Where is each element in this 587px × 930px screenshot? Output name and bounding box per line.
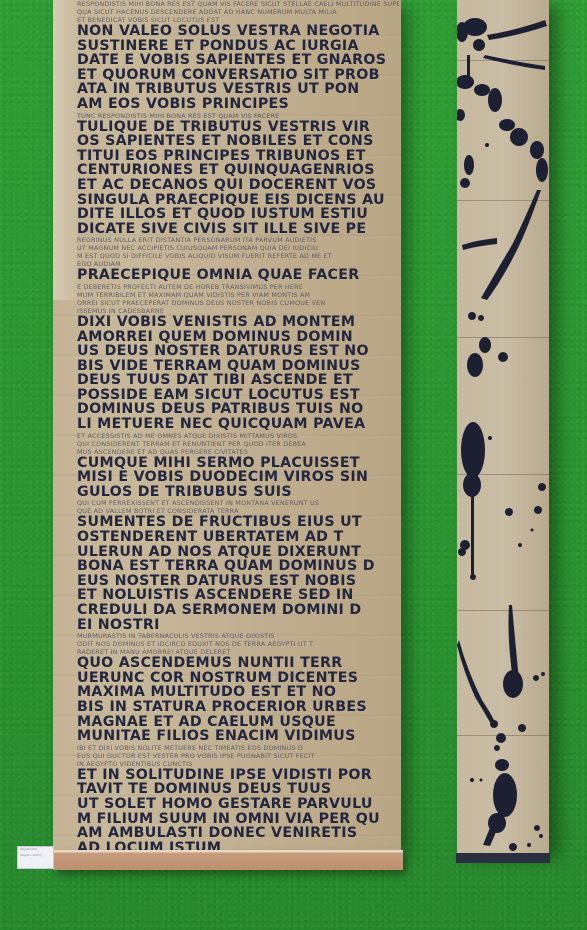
label-caption: (illegible caption)	[18, 853, 53, 859]
calligraphy-subline: TUNC RESPONDISTIS MIHI BONA RES EST QUAM…	[77, 112, 399, 120]
calligraphy-scroll: RESPONDISTIS MIHI BONA RES EST QUAM VIS …	[53, 0, 401, 850]
calligraphy-subline: QUI CONSIDERENT TERRAM ET RENUNTIENT PER…	[77, 440, 399, 448]
calligraphy-subline: E DEBERETIS PROFECTI AUTEM DE HOREB TRAN…	[77, 283, 399, 291]
calligraphy-line: M FILIUM SUUM IN OMNI VIA PER QU	[77, 812, 399, 827]
calligraphy-line: SUMENTES DE FRUCTIBUS EIUS UT	[77, 515, 399, 530]
calligraphy-subline: QUI CUM PERREXISSENT ET ASCENDISSENT IN …	[77, 499, 399, 507]
calligraphy-line: TULIQUE DE TRIBUTUS VESTRIS VIR	[77, 120, 399, 135]
calligraphy-subline: ET BENEDICAT VOBIS SICUT LOCUTUS EST	[77, 16, 399, 24]
scroll-bottom-rod	[456, 853, 550, 863]
calligraphy-line: POSSIDE EAM SICUT LOCUTUS EST	[77, 388, 399, 403]
calligraphy-subline: ET ACCESSISTIS AD ME OMNES ATQUE DIXISTI…	[77, 432, 399, 440]
calligraphy-line: MUNITAE FILIOS ENACIM VIDIMUS	[77, 729, 399, 744]
calligraphy-line: DOMINUS DEUS PATRIBUS TUIS NO	[77, 402, 399, 417]
calligraphy-subline: REGRINUS NULLA ERIT DISTANTIA PERSONARUM…	[77, 236, 399, 244]
calligraphy-line: BIS VIDE TERRAM QUAM DOMINUS	[77, 359, 399, 374]
calligraphy-line: DATE E VOBIS SAPIENTES ET GNAROS	[77, 53, 399, 68]
calligraphy-subline: UT MAGNUM NEC ACCIPIETIS CUIUSQUAM PERSO…	[77, 244, 399, 252]
calligraphy-line: NON VALEO SOLUS VESTRA NEGOTIA	[77, 24, 399, 39]
calligraphy-line: BIS IN STATURA PROCERIOR URBES	[77, 700, 399, 715]
calligraphy-line: UT SOLET HOMO GESTARE PARVULU	[77, 797, 399, 812]
calligraphy-line: DITE ILLOS ET QUOD IUSTUM ESTIU	[77, 207, 399, 222]
scroll-bottom-rod	[53, 850, 403, 870]
calligraphy-line: QUO ASCENDEMUS NUNTII TERR	[77, 656, 399, 671]
calligraphy-line: ET QUORUM CONVERSATIO SIT PROB	[77, 68, 399, 83]
calligraphy-line: DEUS TUUS DAT TIBI ASCENDE ET	[77, 373, 399, 388]
calligraphy-line: CREDULI DA SERMONEM DOMINI D	[77, 603, 399, 618]
calligraphy-subline: M EST QUOD SI DIFFICILE VOBIS ALIQUID VI…	[77, 252, 399, 260]
calligraphy-line: OS SAPIENTES ET NOBILES ET CONS	[77, 134, 399, 149]
calligraphy-line: EI NOSTRI	[77, 618, 399, 633]
calligraphy-line: ET NOLUISTIS ASCENDERE SED IN	[77, 588, 399, 603]
calligraphy-subline: EGO AUDIAM	[77, 260, 399, 268]
calligraphy-subline: MUM TERRIBILEM ET MAXIMAM QUAM VIDISTIS …	[77, 291, 399, 299]
calligraphy-line: AMORREI QUEM DOMINUS DOMIN	[77, 330, 399, 345]
calligraphy-subline: MUS ASCENDERE ET AD QUAS PERGERE CIVITAT…	[77, 448, 399, 456]
scroll-fold-shadow	[53, 0, 78, 300]
calligraphy-line: AM AMBULASTI DONEC VENIRETIS	[77, 826, 399, 841]
calligraphy-subline: ODIT NOS DOMINUS ET IDCIRCO EDUXIT NOS D…	[77, 640, 399, 648]
calligraphy-line: TAVIT TE DOMINUS DEUS TUUS	[77, 782, 399, 797]
calligraphy-line: GULOS DE TRIBUBUS SUIS	[77, 485, 399, 500]
calligraphy-line: OSTENDERENT UBERTATEM AD T	[77, 530, 399, 545]
calligraphy-line: ATA IN TRIBUTUS VESTRIS UT PON	[77, 82, 399, 97]
calligraphy-line: CENTURIONES ET QUINQUAGENRIOS	[77, 163, 399, 178]
calligraphy-line: UERUNC COR NOSTRUM DICENTES	[77, 671, 399, 686]
calligraphy-line: EUS NOSTER DATURUS EST NOBIS	[77, 574, 399, 589]
calligraphy-line: ULERUN AD NOS ATQUE DIXERUNT	[77, 545, 399, 560]
calligraphy-subline: IBI ET DIXI VOBIS NOLITE METUERE NEC TIM…	[77, 744, 399, 752]
calligraphy-line: TITUI EOS PRINCIPES TRIBUNOS ET	[77, 149, 399, 164]
calligraphy-line: DICATE SIVE CIVIS SIT ILLE SIVE PE	[77, 222, 399, 237]
calligraphy-line: ET IN SOLITUDINE IPSE VIDISTI POR	[77, 768, 399, 783]
exhibit-label-card: (illegible title) (illegible caption)	[17, 846, 54, 869]
calligraphy-line: AM EOS VOBIS PRINCIPES	[77, 97, 399, 112]
calligraphy-subline: QUE AD VALLEM BOTRI ET CONSIDERATA TERRA	[77, 507, 399, 515]
calligraphy-text: RESPONDISTIS MIHI BONA RES EST QUAM VIS …	[77, 0, 399, 855]
calligraphy-subline: MURMURASTIS IN TABERNACULIS VESTRIS ATQU…	[77, 632, 399, 640]
calligraphy-subline: ISSEMUS IN CADESBARNE	[77, 307, 399, 315]
calligraphy-subline: RESPONDISTIS MIHI BONA RES EST QUAM VIS …	[77, 0, 399, 8]
calligraphy-line: PRAECEPIQUE OMNIA QUAE FACER	[77, 268, 399, 283]
calligraphy-subline: IN AEGYPTO VIDENTIBUS CUNCTIS	[77, 760, 399, 768]
ink-splatter-scroll	[457, 0, 549, 853]
calligraphy-line: ET AC DECANOS QUI DOCERENT VOS	[77, 178, 399, 193]
calligraphy-subline: EUS QUI DUCTOR EST VESTER PRO VOBIS IPSE…	[77, 752, 399, 760]
calligraphy-line: SINGULA PRAECPIQUE EIS DICENS AU	[77, 193, 399, 208]
calligraphy-line: MAGNAE ET AD CAELUM USQUE	[77, 715, 399, 730]
calligraphy-line: SUSTINERE ET PONDUS AC IURGIA	[77, 39, 399, 54]
calligraphy-subline: QUA SICUT HACENUS DESCENDERE ADDAT AD HA…	[77, 8, 399, 16]
calligraphy-line: MISI E VOBIS DUODECIM VIROS SIN	[77, 470, 399, 485]
calligraphy-subline: RADERET IN MANU AMORREI ATQUE DELERET	[77, 648, 399, 656]
calligraphy-line: MAXIMA MULTITUDO EST ET NO	[77, 685, 399, 700]
calligraphy-line: US DEUS NOSTER DATURUS EST NO	[77, 344, 399, 359]
calligraphy-subline: ORREI SICUT PRAECEPERAT DOMINUS DEUS NOS…	[77, 299, 399, 307]
calligraphy-line: LI METUERE NEC QUICQUAM PAVEA	[77, 417, 399, 432]
calligraphy-line: BONA EST TERRA QUAM DOMINUS D	[77, 559, 399, 574]
calligraphy-line: DIXI VOBIS VENISTIS AD MONTEM	[77, 315, 399, 330]
ink-splatter-art	[457, 0, 549, 853]
calligraphy-line: CUMQUE MIHI SERMO PLACUISSET	[77, 456, 399, 471]
